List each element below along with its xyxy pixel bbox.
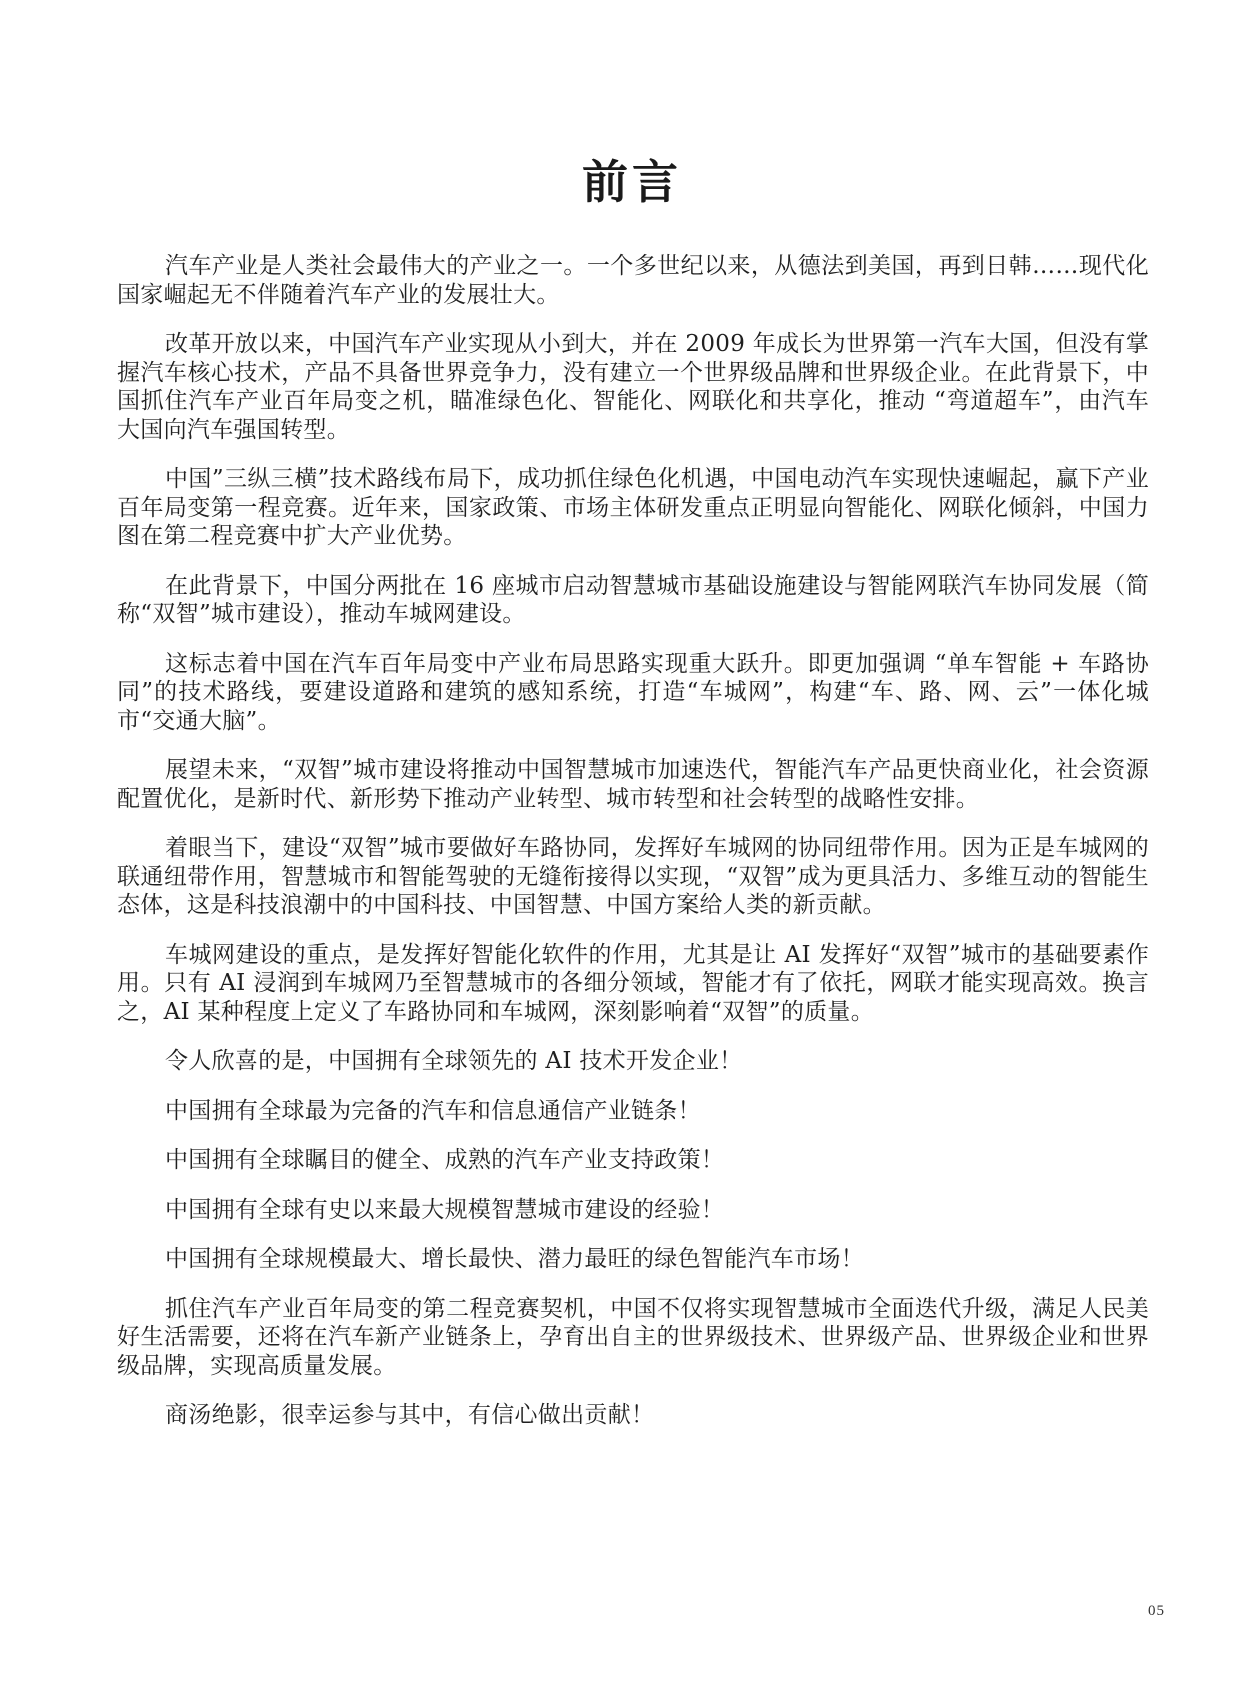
- page-number: 05: [1148, 1603, 1165, 1620]
- paragraph-8: 车城网建设的重点，是发挥好智能化软件的作用，尤其是让 AI 发挥好“双智”城市的…: [117, 941, 1149, 1027]
- page-title: 前言: [0, 152, 1240, 212]
- paragraph-5: 这标志着中国在汽车百年局变中产业布局思路实现重大跃升。即更加强调 “单车智能 +…: [117, 650, 1149, 736]
- paragraph-1: 汽车产业是人类社会最伟大的产业之一。一个多世纪以来，从德法到美国，再到日韩……现…: [117, 252, 1149, 309]
- paragraph-9: 令人欣喜的是，中国拥有全球领先的 AI 技术开发企业！: [117, 1047, 1149, 1076]
- paragraph-13: 中国拥有全球规模最大、增长最快、潜力最旺的绿色智能汽车市场！: [117, 1245, 1149, 1274]
- paragraph-10: 中国拥有全球最为完备的汽车和信息通信产业链条！: [117, 1097, 1149, 1126]
- document-page: 前言 汽车产业是人类社会最伟大的产业之一。一个多世纪以来，从德法到美国，再到日韩…: [0, 0, 1240, 1683]
- paragraph-3: 中国”三纵三横”技术路线布局下，成功抓住绿色化机遇，中国电动汽车实现快速崛起，赢…: [117, 465, 1149, 551]
- paragraph-14: 抓住汽车产业百年局变的第二程竞赛契机，中国不仅将实现智慧城市全面迭代升级，满足人…: [117, 1295, 1149, 1381]
- paragraph-11: 中国拥有全球瞩目的健全、成熟的汽车产业支持政策！: [117, 1146, 1149, 1175]
- paragraph-6: 展望未来，“双智”城市建设将推动中国智慧城市加速迭代，智能汽车产品更快商业化，社…: [117, 756, 1149, 813]
- paragraph-7: 着眼当下，建设“双智”城市要做好车路协同，发挥好车城网的协同纽带作用。因为正是车…: [117, 834, 1149, 920]
- paragraph-4: 在此背景下，中国分两批在 16 座城市启动智慧城市基础设施建设与智能网联汽车协同…: [117, 572, 1149, 629]
- paragraph-12: 中国拥有全球有史以来最大规模智慧城市建设的经验！: [117, 1196, 1149, 1225]
- preface-body: 汽车产业是人类社会最伟大的产业之一。一个多世纪以来，从德法到美国，再到日韩……现…: [117, 252, 1149, 1451]
- paragraph-2: 改革开放以来，中国汽车产业实现从小到大，并在 2009 年成长为世界第一汽车大国…: [117, 330, 1149, 444]
- paragraph-15: 商汤绝影，很幸运参与其中，有信心做出贡献！: [117, 1401, 1149, 1430]
